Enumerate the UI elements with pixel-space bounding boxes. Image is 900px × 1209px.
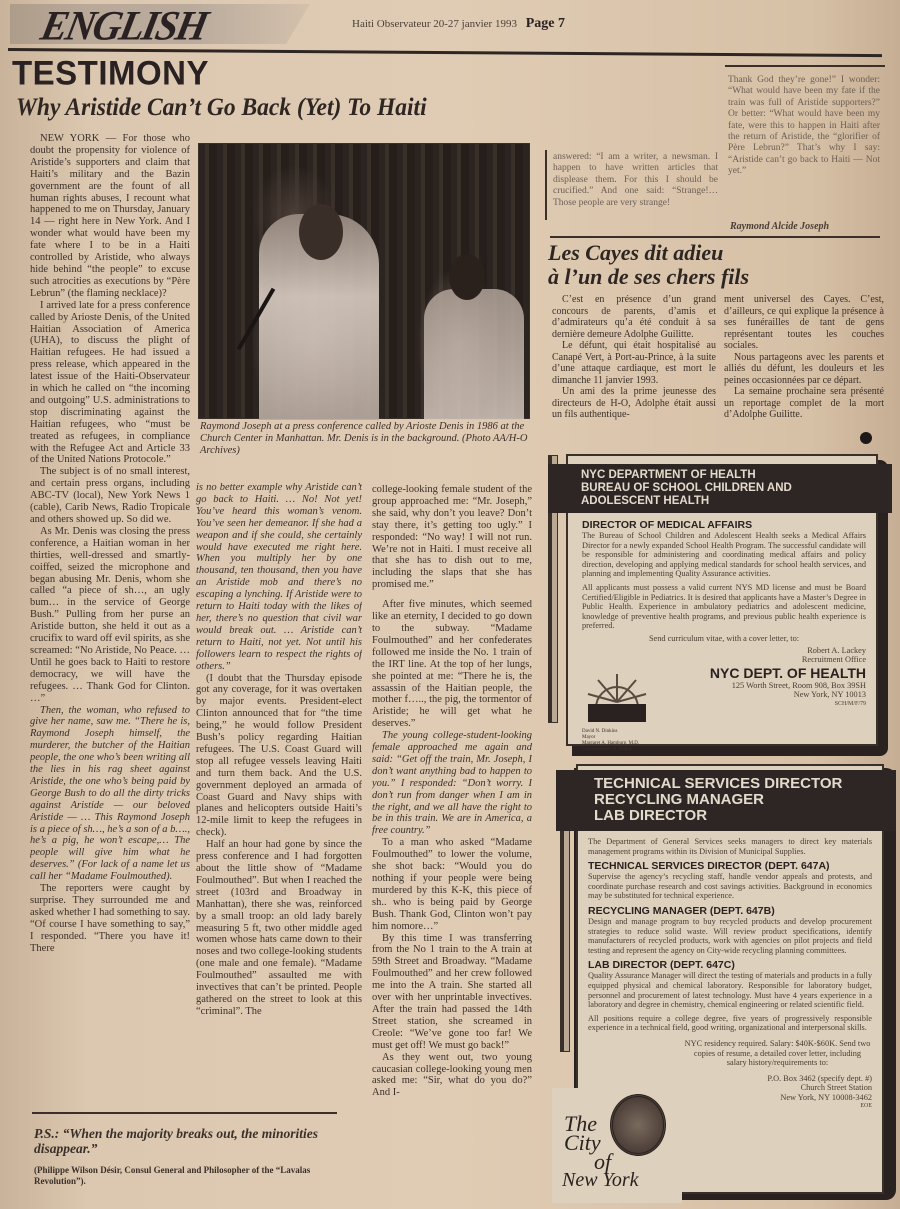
column-divider	[545, 150, 547, 220]
section-rule	[550, 236, 880, 238]
paragraph: ment universel des Cayes. C’est, d’aille…	[724, 294, 884, 352]
article-photo	[198, 143, 530, 419]
header-line: TECHNICAL SERVICES DIRECTOR	[594, 776, 896, 792]
health-ad-header: NYC DEPARTMENT OF HEALTH BUREAU OF SCHOO…	[548, 464, 892, 513]
article-column-2: is no better example why Aristide can’t …	[196, 482, 362, 1097]
dgs-ad-requirements: All positions require a college degree, …	[588, 1014, 872, 1033]
paragraph: C’est en présence d’un grand concours de…	[552, 294, 716, 340]
paragraph: is no better example why Aristide can’t …	[196, 482, 362, 673]
dgs-ad-job-title: RECYCLING MANAGER (DEPT. 647B)	[588, 905, 872, 917]
health-ad-position: DIRECTOR OF MEDICAL AFFAIRS	[582, 519, 866, 531]
article-kicker: TESTIMONY	[12, 53, 209, 93]
statue-of-liberty-logo-icon: David N. Dinkins Mayor Margaret A. Hambu…	[582, 672, 652, 752]
dgs-ad-job-title: LAB DIRECTOR (DEPT. 647C)	[588, 959, 872, 971]
paragraph: The young college-student-looking female…	[372, 730, 532, 837]
column-rule	[725, 65, 885, 67]
photo-figure-head	[299, 204, 343, 260]
article-headline: Why Aristide Can’t Go Back (Yet) To Hait…	[16, 94, 427, 122]
photo-figure-background	[424, 289, 524, 420]
obituary-column-2: ment universel des Cayes. C’est, d’aille…	[724, 294, 884, 421]
ps-rule	[32, 1112, 337, 1114]
dgs-ad-address1: P.O. Box 3462 (specify dept. #)	[588, 1074, 872, 1084]
obituary-headline-line2: à l’un de ses chers fils	[548, 265, 749, 289]
dgs-ad-residency: NYC residency required. Salary: $40K-$60…	[588, 1039, 872, 1068]
header-line: BUREAU OF SCHOOL CHILDREN AND	[581, 482, 892, 495]
dgs-ad-header: TECHNICAL SERVICES DIRECTOR RECYCLING MA…	[556, 770, 896, 831]
paragraph: As they went out, two young caucasian co…	[372, 1052, 532, 1100]
health-ad-requirements: All applicants must possess a valid curr…	[582, 583, 866, 631]
paragraph: Nous partageons avec les parents et alli…	[724, 352, 884, 387]
paragraph: The subject is of no small interest, and…	[30, 466, 190, 526]
health-ad-logo-names: David N. Dinkins Mayor Margaret A. Hambu…	[582, 729, 652, 753]
obituary-headline-line1: Les Cayes dit adieu	[548, 241, 749, 265]
paragraph: As Mr. Denis was closing the press confe…	[30, 526, 190, 705]
publication-line: Haiti Observateur 20-27 janvier 1993 Pag…	[352, 16, 565, 32]
city-logo-text: The City of New York	[564, 1114, 639, 1190]
health-ad-contact-office: Recruitment Office	[582, 655, 866, 665]
health-ad-description: The Bureau of School Children and Adoles…	[582, 531, 866, 579]
dgs-ad-job-desc: Supervise the agency’s recycling staff, …	[588, 872, 872, 901]
article-continuation-right: Thank God they’re gone!” I wonder: “What…	[728, 75, 880, 178]
publication-name-date: Haiti Observateur 20-27 janvier 1993	[352, 18, 517, 30]
paragraph: college-looking female student of the gr…	[372, 484, 532, 591]
paragraph: Le défunt, qui était hospitalisé au Cana…	[552, 340, 716, 386]
logo-name: Commissioner of Health	[582, 747, 652, 753]
paragraph: By this time I was transferring from the…	[372, 933, 532, 1052]
photo-figure-head	[449, 254, 485, 300]
dgs-ad-job-title: TECHNICAL SERVICES DIRECTOR (DEPT. 647A)	[588, 860, 872, 872]
obituary-headline: Les Cayes dit adieu à l’un de ses chers …	[548, 241, 749, 289]
paragraph: NEW YORK — For those who doubt the prope…	[30, 133, 190, 300]
paragraph: La semaine prochaine sera présenté un re…	[724, 386, 884, 421]
end-bullet-icon	[860, 432, 872, 444]
article-byline: Raymond Alcide Joseph	[730, 221, 829, 232]
section-label: ENGLISH	[37, 1, 211, 50]
paragraph: (I doubt that the Thursday episode got a…	[196, 673, 362, 840]
city-of-new-york-logo: The City of New York	[552, 1088, 682, 1203]
logo-line: New York	[562, 1171, 639, 1190]
health-ad-contact-name: Robert A. Lackey	[582, 646, 866, 656]
header-line: LAB DIRECTOR	[594, 808, 896, 824]
paragraph: To a man who asked “Madame Foulmouthed” …	[372, 837, 532, 932]
obituary-column-1: C’est en présence d’un grand concours de…	[552, 294, 716, 421]
dgs-ad-intro: The Department of General Services seeks…	[588, 837, 872, 856]
dgs-ad-job-desc: Quality Assurance Manager will direct th…	[588, 971, 872, 1009]
paragraph: I arrived late for a press conference ca…	[30, 300, 190, 467]
header-line: NYC DEPARTMENT OF HEALTH	[581, 469, 892, 482]
paragraph: The reporters were caught by surprise. T…	[30, 883, 190, 954]
article-continuation-left: answered: “I am a writer, a newsman. I h…	[553, 152, 718, 209]
ps-attribution: (Philippe Wilson Désir, Consul General a…	[34, 1165, 364, 1186]
header-line: ADOLESCENT HEALTH	[581, 495, 892, 508]
paragraph: Half an hour had gone by since the press…	[196, 839, 362, 1018]
paragraph: Then, the woman, who refused to give her…	[30, 705, 190, 884]
article-column-1: NEW YORK — For those who doubt the prope…	[30, 133, 190, 1073]
dgs-ad-job-desc: Design and manage program to buy recycle…	[588, 917, 872, 955]
paragraph: Un ami des la prime jeunesse des directe…	[552, 386, 716, 421]
paragraph: After five minutes, which seemed like an…	[372, 599, 532, 730]
header-line: RECYCLING MANAGER	[594, 792, 896, 808]
article-column-3: college-looking female student of the gr…	[372, 484, 532, 1204]
page-number: Page 7	[526, 16, 565, 31]
photo-caption: Raymond Joseph at a press conference cal…	[200, 421, 530, 457]
ps-quote: P.S.: “When the majority breaks out, the…	[34, 1126, 364, 1156]
health-ad-send: Send curriculum vitae, with a cover lett…	[582, 634, 866, 644]
